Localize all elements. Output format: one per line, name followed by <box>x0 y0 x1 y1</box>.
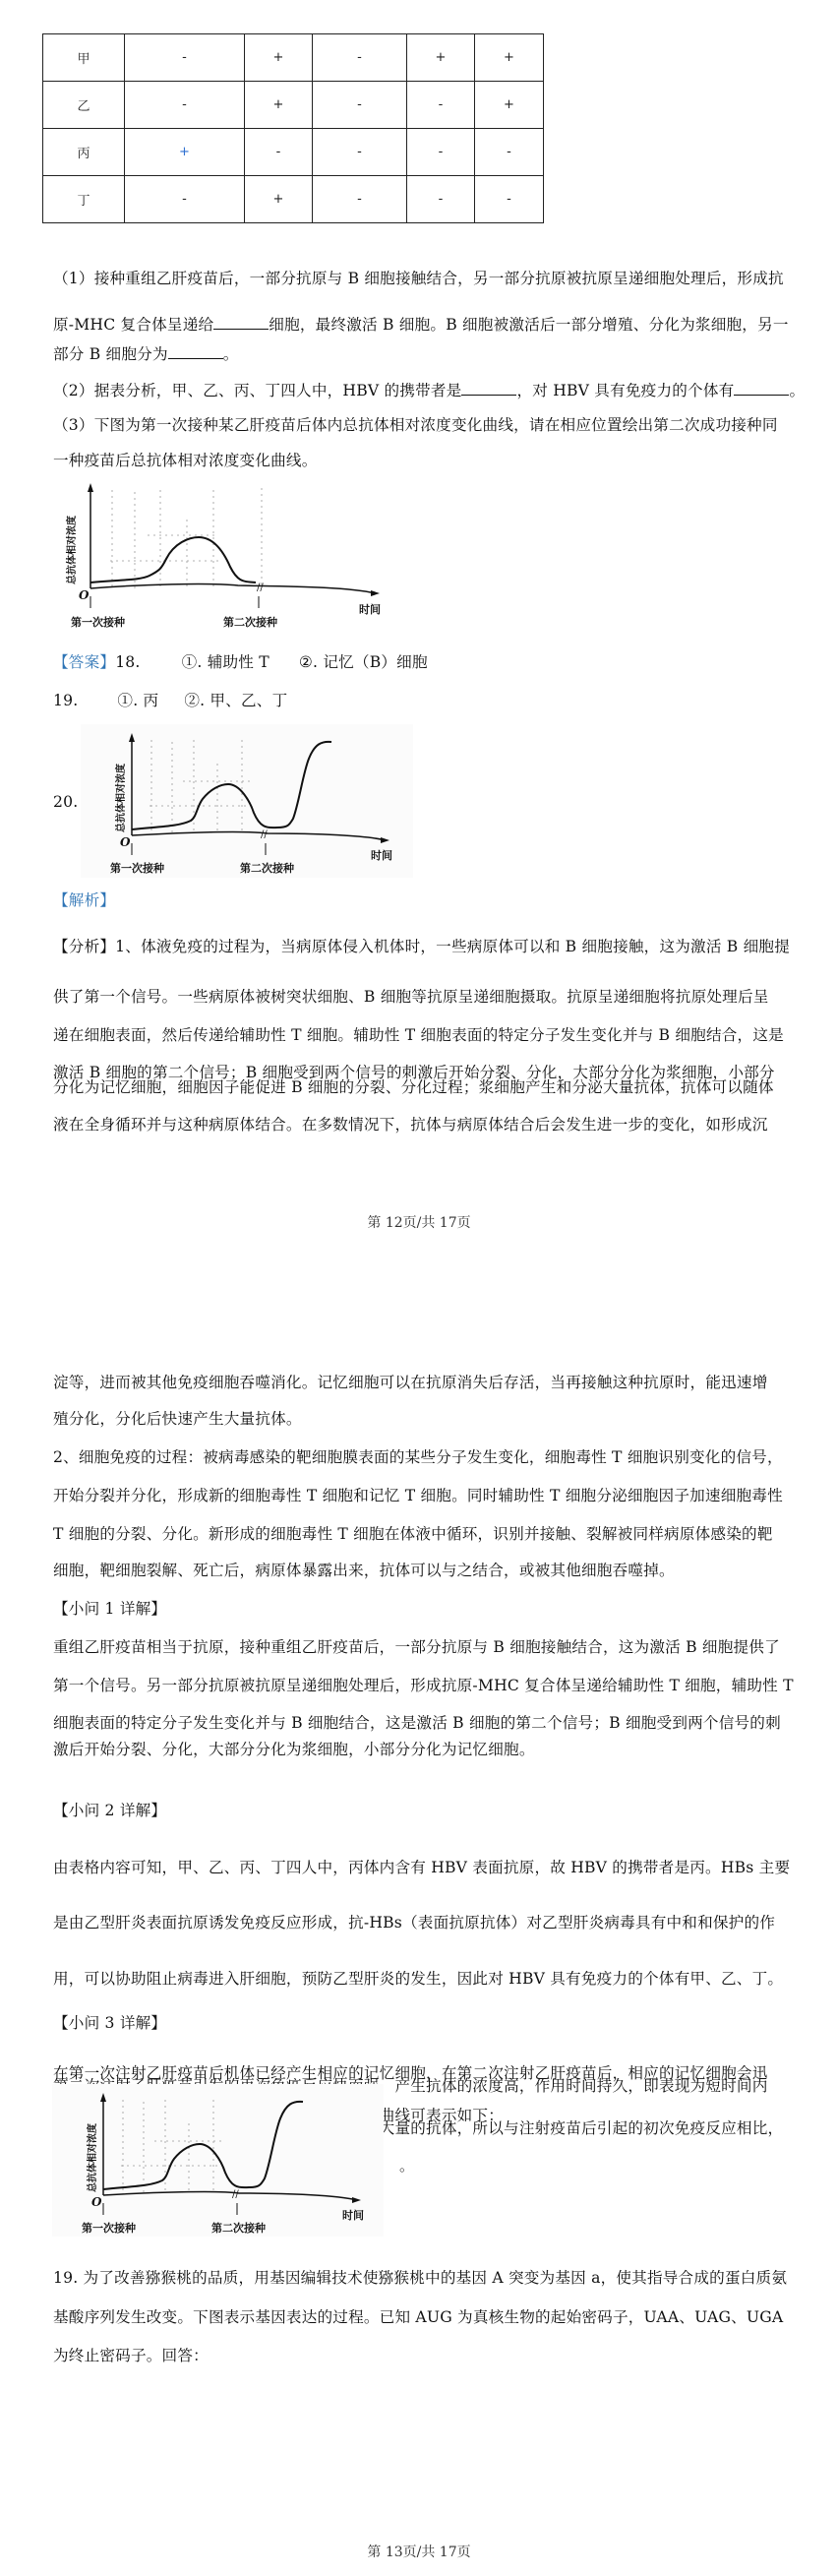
table-cell: + <box>475 34 544 82</box>
analysis-paragraph-line: 用，可以协助阻止病毒进入肝细胞，预防乙型肝炎的发生，因此对 HBV 具有免疫力的… <box>53 1969 783 1989</box>
sub-question-2-title: 【小问 2 详解】 <box>53 1801 166 1820</box>
table-cell: - <box>313 176 407 223</box>
antibody-chart-svg: // O 第一次接种 第二次接种 时间 总抗体相对浓度 <box>81 724 413 878</box>
sub-question-3-title: 【小问 3 详解】 <box>53 2013 166 2033</box>
question-1-line-3: 部分 B 细胞分为。 <box>53 344 239 364</box>
table-cell: - <box>313 82 407 129</box>
text: ①. 辅助性 T <box>182 653 269 671</box>
hbv-marker-table: 甲 - + - + + 乙 - + - - + 丙 + - - - - 丁 - … <box>42 33 544 223</box>
analysis-paragraph-line: 细胞表面的特定分子发生变化并与 B 细胞结合，这是激活 B 细胞的第二个信号；B… <box>53 1713 781 1733</box>
analysis-paragraph-line: 是由乙型肝炎表面抗原诱发免疫反应形成，抗-HBs（表面抗原抗体）对乙型肝炎病毒具… <box>53 1913 775 1932</box>
row-label: 乙 <box>43 82 125 129</box>
table-cell: - <box>125 176 245 223</box>
text: ，对 HBV 具有免疫力的个体有 <box>516 382 734 399</box>
question-19-line: 为终止密码子。回答： <box>53 2346 209 2365</box>
table-row: 乙 - + - - + <box>43 82 544 129</box>
answer-tag: 【答案】 <box>53 653 115 671</box>
text: 。 <box>223 345 239 363</box>
analysis-paragraph-line: 由表格内容可知，甲、乙、丙、丁四人中，丙体内含有 HBV 表面抗原，故 HBV … <box>53 1858 790 1877</box>
second-dose-label: 第二次接种 <box>240 861 294 875</box>
origin-label: O <box>91 2195 102 2209</box>
table-cell: + <box>407 34 475 82</box>
table-cell: - <box>125 34 245 82</box>
table-cell: + <box>245 176 313 223</box>
analysis-paragraph-line: 递在细胞表面，然后传递给辅助性 T 细胞。辅助性 T 细胞表面的特定分子发生变化… <box>53 1025 784 1045</box>
y-axis-label: 总抗体相对浓度 <box>114 764 127 832</box>
analysis-tag: 【解析】 <box>53 890 115 910</box>
y-axis-label: 总抗体相对浓度 <box>65 516 78 584</box>
table-cell: + <box>475 82 544 129</box>
text: 细胞，最终激活 B 细胞。B 细胞被激活后一部分增殖、分化为浆细胞，另一 <box>269 316 788 334</box>
question-3-line-2: 一种疫苗后总抗体相对浓度变化曲线。 <box>53 451 318 470</box>
analysis-paragraph-line: 淀等，进而被其他免疫细胞吞噬消化。记忆细胞可以在抗原消失后存活，当再接触这种抗原… <box>53 1373 768 1392</box>
table-row: 丁 - + - - - <box>43 176 544 223</box>
table-cell: + <box>125 129 245 176</box>
answer-blank[interactable] <box>213 315 269 330</box>
svg-text://: // <box>261 829 268 840</box>
antibody-curve-figure-2: // O 第一次接种 第二次接种 时间 总抗体相对浓度 <box>81 724 413 878</box>
analysis-paragraph-line: 殖分化，分化后快速产生大量抗体。 <box>53 1409 302 1429</box>
table-cell: - <box>407 82 475 129</box>
figure-end-punctuation: 。 <box>399 2155 414 2176</box>
row-label: 丙 <box>43 129 125 176</box>
first-dose-label: 第一次接种 <box>71 615 125 629</box>
table-cell: + <box>245 34 313 82</box>
table-cell: - <box>475 176 544 223</box>
answer-blank[interactable] <box>734 381 789 396</box>
page-footer-13: 第 13页/共 17页 <box>0 2542 838 2561</box>
first-dose-label: 第一次接种 <box>82 2221 136 2235</box>
analysis-paragraph-line: T 细胞的分裂、分化。新形成的细胞毒性 T 细胞在体液中循环，识别并接触、裂解被… <box>53 1524 773 1544</box>
table-cell: + <box>245 82 313 129</box>
text: 原-MHC 复合体呈递给 <box>53 316 213 334</box>
svg-text://: // <box>257 583 264 593</box>
table-cell: - <box>125 82 245 129</box>
row-label: 甲 <box>43 34 125 82</box>
table-row: 甲 - + - + + <box>43 34 544 82</box>
svg-text://: // <box>232 2189 239 2200</box>
question-2: （2）据表分析，甲、乙、丙、丁四人中，HBV 的携带者是，对 HBV 具有免疫力… <box>53 381 805 400</box>
antibody-curve-figure-3: // O 第一次接种 第二次接种 时间 总抗体相对浓度 <box>52 2084 384 2237</box>
analysis-paragraph-line: 重组乙肝疫苗相当于抗原，接种重组乙肝疫苗后，一部分抗原与 B 细胞接触结合，这为… <box>53 1637 780 1657</box>
sub-question-1-title: 【小问 1 详解】 <box>53 1599 166 1619</box>
answer-blank[interactable] <box>461 381 516 396</box>
second-dose-label: 第二次接种 <box>223 615 277 629</box>
text: ②. 记忆（B）细胞 <box>299 653 428 671</box>
analysis-paragraph-line: 2、细胞免疫的过程：被病毒感染的靶细胞膜表面的某些分子发生变化，细胞毒性 T 细… <box>53 1447 783 1467</box>
question-19-line: 基酸序列发生改变。下图表示基因表达的过程。已知 AUG 为真核生物的起始密码子，… <box>53 2307 783 2327</box>
antibody-chart-svg: // O 第一次接种 第二次接种 时间 总抗体相对浓度 <box>61 480 389 634</box>
first-dose-label: 第一次接种 <box>110 861 164 875</box>
table-cell: - <box>475 129 544 176</box>
table-cell: - <box>313 34 407 82</box>
analysis-paragraph-line: 供了第一个信号。一些病原体被树突状细胞、B 细胞等抗原呈递细胞摄取。抗原呈递细胞… <box>53 987 769 1007</box>
text: 19. <box>53 692 78 709</box>
page-footer-12: 第 12页/共 17页 <box>0 1212 838 1232</box>
analysis-paragraph-line: 开始分裂并分化，形成新的细胞毒性 T 细胞和记忆 T 细胞。同时辅助性 T 细胞… <box>53 1486 783 1505</box>
answer-20-label: 20. <box>53 792 78 812</box>
analysis-paragraph-line: 细胞，靶细胞裂解、死亡后，病原体暴露出来，抗体可以与之结合，或被其他细胞吞噬掉。 <box>53 1561 675 1580</box>
antibody-curve-figure-1: // O 第一次接种 第二次接种 时间 总抗体相对浓度 <box>61 480 389 634</box>
antibody-chart-svg: // O 第一次接种 第二次接种 时间 总抗体相对浓度 <box>52 2084 384 2237</box>
answer-blank[interactable] <box>168 344 223 359</box>
question-3-line-1: （3）下图为第一次接种某乙肝疫苗后体内总抗体相对浓度变化曲线，请在相应位置绘出第… <box>53 415 778 435</box>
origin-label: O <box>120 835 131 849</box>
question-1-line-1: （1）接种重组乙肝疫苗后，一部分抗原与 B 细胞接触结合，另一部分抗原被抗原呈递… <box>53 269 784 288</box>
table-cell: - <box>313 129 407 176</box>
answer-line-19: 19.①. 丙②. 甲、乙、丁 <box>53 691 287 710</box>
question-1-line-2: 原-MHC 复合体呈递给细胞，最终激活 B 细胞。B 细胞被激活后一部分增殖、分… <box>53 315 789 335</box>
text: ②. 甲、乙、丁 <box>184 692 287 709</box>
text: ①. 丙 <box>117 692 158 709</box>
analysis-paragraph-line: 激后开始分裂、分化，大部分分化为浆细胞，小部分分化为记忆细胞。 <box>53 1740 535 1759</box>
x-axis-label: 时间 <box>342 2208 364 2222</box>
x-axis-label: 时间 <box>359 602 381 616</box>
text: （2）据表分析，甲、乙、丙、丁四人中，HBV 的携带者是 <box>53 382 461 399</box>
row-label: 丁 <box>43 176 125 223</box>
table-row: 丙 + - - - - <box>43 129 544 176</box>
table-cell: - <box>407 129 475 176</box>
analysis-paragraph-line: 第一个信号。另一部分抗原被抗原呈递细胞处理后，形成抗原-MHC 复合体呈递给辅助… <box>53 1676 794 1695</box>
text: 部分 B 细胞分为 <box>53 345 168 363</box>
y-axis-label: 总抗体相对浓度 <box>86 2123 98 2192</box>
second-dose-label: 第二次接种 <box>211 2221 266 2235</box>
table-cell: - <box>407 176 475 223</box>
analysis-paragraph-line: 分化为记忆细胞，细胞因子能促进 B 细胞的分裂、分化过程；浆细胞产生和分泌大量抗… <box>53 1077 774 1097</box>
analysis-paragraph-line: 液在全身循环并与这种病原体结合。在多数情况下，抗体与病原体结合后会发生进一步的变… <box>53 1115 768 1135</box>
text: 。 <box>789 382 805 399</box>
x-axis-label: 时间 <box>371 848 392 862</box>
origin-label: O <box>79 588 90 602</box>
text: 18. <box>115 653 140 671</box>
table-cell: - <box>245 129 313 176</box>
analysis-paragraph-line: 【分析】1、体液免疫的过程为，当病原体侵入机体时，一些病原体可以和 B 细胞接触… <box>53 937 790 956</box>
answer-line-18: 【答案】18.①. 辅助性 T②. 记忆（B）细胞 <box>53 652 428 672</box>
question-19-line: 19. 为了改善猕猴桃的品质，用基因编辑技术使猕猴桃中的基因 A 突变为基因 a… <box>53 2268 787 2288</box>
